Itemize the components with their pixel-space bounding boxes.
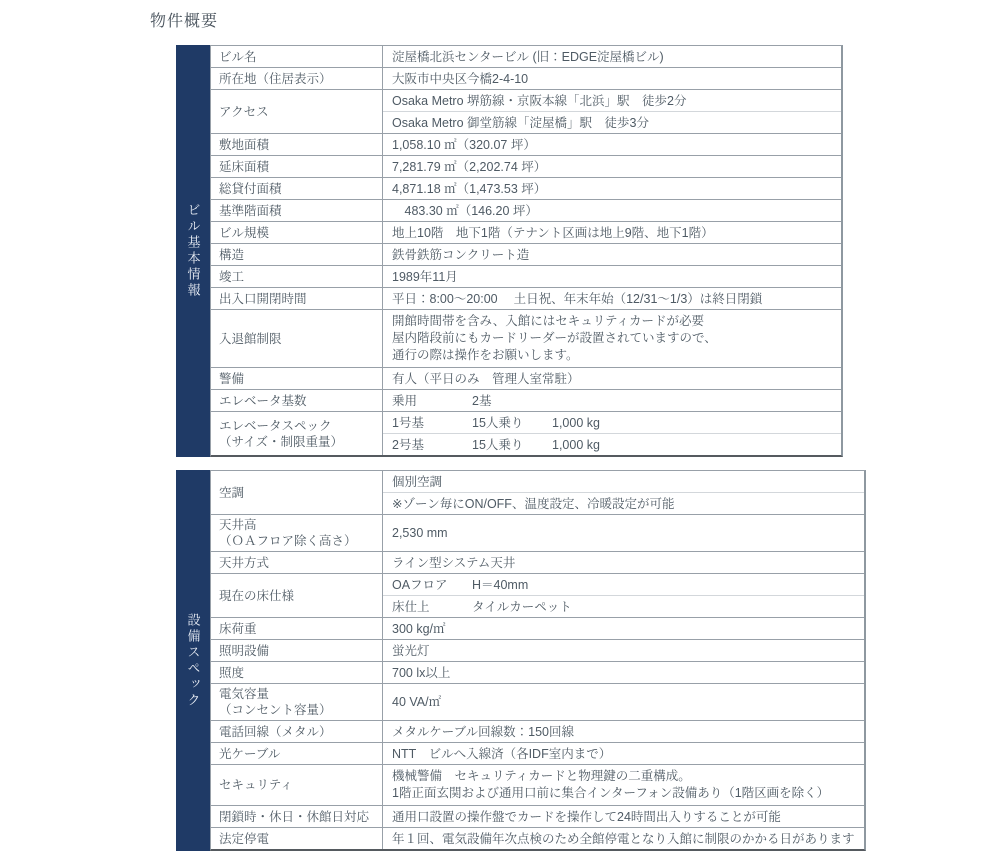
- value-segment: 1989年11月: [392, 269, 458, 285]
- table-row: 警備有人（平日のみ 管理人室常駐）: [211, 367, 841, 389]
- row-value: 開館時間帯を含み、入館にはセキュリティカードが必要屋内階段前にもカードリーダーが…: [383, 310, 841, 367]
- table-row: 出入口開閉時間平日：8:00〜20:00土日祝、年末年始（12/31〜1/3）は…: [211, 287, 841, 309]
- table-row: 光ケーブルNTT ビルへ入線済（各IDF室内まで）: [211, 742, 864, 764]
- table-row: 床荷重300 kg/㎡: [211, 617, 864, 639]
- table-row: 閉鎖時・休日・休館日対応通用口設置の操作盤でカードを操作して24時間出入りするこ…: [211, 805, 864, 827]
- value-line: 個別空調: [383, 471, 864, 492]
- row-value: 300 kg/㎡: [383, 618, 864, 639]
- table-row: エレベータスペック（サイズ・制限重量）1号基15人乗り1,000 kg2号基15…: [211, 411, 841, 455]
- table-row: 延床面積7,281.79 ㎡（2,202.74 坪）: [211, 155, 841, 177]
- row-label: 閉鎖時・休日・休館日対応: [211, 806, 383, 827]
- value-segment: 有人（平日のみ 管理人室常駐）: [392, 371, 580, 387]
- building-basic-info-table: ビル名淀屋橋北浜センタービル (旧：EDGE淀屋橋ビル)所在地（住居表示）大阪市…: [210, 45, 843, 457]
- row-value: 4,871.18 ㎡（1,473.53 坪）: [383, 178, 841, 199]
- row-label: セキュリティ: [211, 765, 383, 805]
- value-segment: 屋内階段前にもカードリーダーが設置されていますので、: [392, 330, 717, 347]
- value-segment: 個別空調: [392, 474, 442, 490]
- value-segment: 機械警備 セキュリティカードと物理鍵の二重構成。: [392, 768, 691, 785]
- value-line: 蛍光灯: [383, 640, 864, 661]
- value-line: 屋内階段前にもカードリーダーが設置されていますので、: [383, 330, 841, 347]
- row-value: 蛍光灯: [383, 640, 864, 661]
- value-line: Osaka Metro 御堂筋線「淀屋橋」駅 徒歩3分: [383, 111, 841, 133]
- label-line: 延床面積: [219, 159, 374, 175]
- section-equipment-spec: 設備スペック 空調個別空調※ゾーン毎にON/OFF、温度設定、冷暖設定が可能天井…: [176, 470, 843, 851]
- value-line: 2号基15人乗り1,000 kg: [383, 433, 841, 455]
- value-segment: 7,281.79 ㎡（2,202.74 坪）: [392, 159, 546, 175]
- row-value: 1989年11月: [383, 266, 841, 287]
- label-line: 所在地（住居表示）: [219, 71, 374, 87]
- value-segment: 乗用: [392, 393, 456, 409]
- value-line: 300 kg/㎡: [383, 618, 864, 639]
- table-row: セキュリティ機械警備 セキュリティカードと物理鍵の二重構成。1階正面玄関および通…: [211, 764, 864, 805]
- table-row: エレベータ基数乗用2基: [211, 389, 841, 411]
- row-value: ライン型システム天井: [383, 552, 864, 573]
- value-segment: 蛍光灯: [392, 643, 430, 659]
- value-segment: 2号基: [392, 437, 456, 453]
- row-label: 照明設備: [211, 640, 383, 661]
- value-line: 乗用2基: [383, 390, 841, 411]
- label-line: 現在の床仕様: [219, 588, 374, 604]
- value-line: 大阪市中央区今橋2-4-10: [383, 68, 841, 89]
- value-segment: ※ゾーン毎にON/OFF、温度設定、冷暖設定が可能: [392, 496, 674, 512]
- value-line: ※ゾーン毎にON/OFF、温度設定、冷暖設定が可能: [383, 492, 864, 514]
- label-line: 構造: [219, 247, 374, 263]
- value-segment: 地上10階 地下1階（テナント区画は地上9階、地下1階）: [392, 225, 714, 241]
- label-line: 法定停電: [219, 831, 374, 847]
- label-line: 照度: [219, 665, 374, 681]
- value-segment: タイルカーペット: [472, 599, 572, 615]
- page-title: 物件概要: [150, 8, 1000, 31]
- value-segment: 大阪市中央区今橋2-4-10: [392, 71, 528, 87]
- value-segment: Osaka Metro 御堂筋線「淀屋橋」駅 徒歩3分: [392, 115, 649, 131]
- label-line: アクセス: [219, 104, 374, 120]
- table-row: 入退館制限開館時間帯を含み、入館にはセキュリティカードが必要屋内階段前にもカード…: [211, 309, 841, 367]
- value-line: 平日：8:00〜20:00土日祝、年末年始（12/31〜1/3）は終日閉鎖: [383, 288, 841, 309]
- value-line: OAフロアH＝40mm: [383, 574, 864, 595]
- row-label: 電気容量（コンセント容量）: [211, 684, 383, 720]
- value-segment: 15人乗り: [472, 437, 536, 453]
- sections-container: ビル基本情報 ビル名淀屋橋北浜センタービル (旧：EDGE淀屋橋ビル)所在地（住…: [176, 45, 843, 851]
- table-row: 空調個別空調※ゾーン毎にON/OFF、温度設定、冷暖設定が可能: [211, 471, 864, 514]
- row-value: 鉄骨鉄筋コンクリート造: [383, 244, 841, 265]
- row-value: NTT ビルへ入線済（各IDF室内まで）: [383, 743, 864, 764]
- value-line: 有人（平日のみ 管理人室常駐）: [383, 368, 841, 389]
- table-row: 電話回線（メタル）メタルケーブル回線数：150回線: [211, 720, 864, 742]
- value-segment: 平日：8:00〜20:00: [392, 291, 498, 307]
- value-line: 700 lx以上: [383, 662, 864, 683]
- table-row: 法定停電年１回、電気設備年次点検のため全館停電となり入館に制限のかかる日がありま…: [211, 827, 864, 849]
- label-line: エレベータ基数: [219, 393, 374, 409]
- table-row: 照明設備蛍光灯: [211, 639, 864, 661]
- value-segment: 通用口設置の操作盤でカードを操作して24時間出入りすることが可能: [392, 809, 781, 825]
- value-line: ライン型システム天井: [383, 552, 864, 573]
- row-value: 1号基15人乗り1,000 kg2号基15人乗り1,000 kg: [383, 412, 841, 455]
- value-line: 1階正面玄関および通用口前に集合インターフォン設備あり（1階区画を除く）: [383, 785, 864, 802]
- row-value: 淀屋橋北浜センタービル (旧：EDGE淀屋橋ビル): [383, 46, 841, 67]
- value-line: 地上10階 地下1階（テナント区画は地上9階、地下1階）: [383, 222, 841, 243]
- value-line: 淀屋橋北浜センタービル (旧：EDGE淀屋橋ビル): [383, 46, 841, 67]
- table-row: 敷地面積1,058.10 ㎡（320.07 坪）: [211, 133, 841, 155]
- label-line: 照明設備: [219, 643, 374, 659]
- label-line: ビル名: [219, 49, 374, 65]
- value-line: 開館時間帯を含み、入館にはセキュリティカードが必要: [383, 313, 841, 330]
- value-line: 483.30 ㎡（146.20 坪）: [383, 200, 841, 221]
- row-label: ビル規模: [211, 222, 383, 243]
- value-segment: 1号基: [392, 415, 456, 431]
- label-line: 基準階面積: [219, 203, 374, 219]
- value-segment: 4,871.18 ㎡（1,473.53 坪）: [392, 181, 546, 197]
- row-label: 電話回線（メタル）: [211, 721, 383, 742]
- value-line: 年１回、電気設備年次点検のため全館停電となり入館に制限のかかる日があります: [383, 828, 864, 849]
- row-label: 床荷重: [211, 618, 383, 639]
- value-segment: H＝40mm: [472, 577, 528, 593]
- value-segment: 40 VA/㎡: [392, 694, 441, 710]
- label-line: 出入口開閉時間: [219, 291, 374, 307]
- label-line: （コンセント容量）: [219, 702, 374, 718]
- row-value: 7,281.79 ㎡（2,202.74 坪）: [383, 156, 841, 177]
- value-segment: 15人乗り: [472, 415, 536, 431]
- value-segment: Osaka Metro 堺筋線・京阪本線「北浜」駅 徒歩2分: [392, 93, 686, 109]
- value-segment: 鉄骨鉄筋コンクリート造: [392, 247, 529, 263]
- section-sidebar-label: ビル基本情報: [176, 45, 210, 457]
- row-value: 700 lx以上: [383, 662, 864, 683]
- row-value: 機械警備 セキュリティカードと物理鍵の二重構成。1階正面玄関および通用口前に集合…: [383, 765, 864, 805]
- value-segment: 2,530 mm: [392, 525, 448, 541]
- label-line: 電気容量: [219, 686, 374, 702]
- value-line: 1,058.10 ㎡（320.07 坪）: [383, 134, 841, 155]
- row-value: Osaka Metro 堺筋線・京阪本線「北浜」駅 徒歩2分Osaka Metr…: [383, 90, 841, 133]
- table-row: 総貸付面積4,871.18 ㎡（1,473.53 坪）: [211, 177, 841, 199]
- table-row: 天井高（ＯＡフロア除く高さ）2,530 mm: [211, 514, 864, 551]
- value-segment: 1,000 kg: [552, 437, 600, 453]
- table-row: ビル名淀屋橋北浜センタービル (旧：EDGE淀屋橋ビル): [211, 46, 841, 67]
- label-line: 天井方式: [219, 555, 374, 571]
- label-line: 閉鎖時・休日・休館日対応: [219, 809, 374, 825]
- value-segment: 通行の際は操作をお願いします。: [392, 347, 579, 364]
- row-label: 敷地面積: [211, 134, 383, 155]
- row-value: 乗用2基: [383, 390, 841, 411]
- row-label: エレベータ基数: [211, 390, 383, 411]
- row-label: 法定停電: [211, 828, 383, 849]
- table-row: 基準階面積 483.30 ㎡（146.20 坪）: [211, 199, 841, 221]
- row-value: 483.30 ㎡（146.20 坪）: [383, 200, 841, 221]
- row-label: 光ケーブル: [211, 743, 383, 764]
- row-value: OAフロアH＝40mm床仕上タイルカーペット: [383, 574, 864, 617]
- row-label: 構造: [211, 244, 383, 265]
- label-line: 電話回線（メタル）: [219, 724, 374, 740]
- section-sidebar-label: 設備スペック: [176, 470, 210, 851]
- value-segment: 土日祝、年末年始（12/31〜1/3）は終日閉鎖: [514, 291, 763, 307]
- row-value: 2,530 mm: [383, 515, 864, 551]
- row-value: 大阪市中央区今橋2-4-10: [383, 68, 841, 89]
- row-value: メタルケーブル回線数：150回線: [383, 721, 864, 742]
- row-label: 基準階面積: [211, 200, 383, 221]
- value-segment: 300 kg/㎡: [392, 621, 446, 637]
- value-segment: 483.30 ㎡（146.20 坪）: [392, 203, 538, 219]
- value-segment: 淀屋橋北浜センタービル (旧：EDGE淀屋橋ビル): [392, 49, 664, 65]
- value-segment: 1階正面玄関および通用口前に集合インターフォン設備あり（1階区画を除く）: [392, 785, 829, 802]
- row-label: ビル名: [211, 46, 383, 67]
- label-line: ビル規模: [219, 225, 374, 241]
- row-value: 1,058.10 ㎡（320.07 坪）: [383, 134, 841, 155]
- label-line: 竣工: [219, 269, 374, 285]
- row-value: 平日：8:00〜20:00土日祝、年末年始（12/31〜1/3）は終日閉鎖: [383, 288, 841, 309]
- row-value: 地上10階 地下1階（テナント区画は地上9階、地下1階）: [383, 222, 841, 243]
- value-line: NTT ビルへ入線済（各IDF室内まで）: [383, 743, 864, 764]
- value-segment: 2基: [472, 393, 491, 409]
- equipment-spec-table: 空調個別空調※ゾーン毎にON/OFF、温度設定、冷暖設定が可能天井高（ＯＡフロア…: [210, 470, 866, 851]
- table-row: 構造鉄骨鉄筋コンクリート造: [211, 243, 841, 265]
- table-row: ビル規模地上10階 地下1階（テナント区画は地上9階、地下1階）: [211, 221, 841, 243]
- row-value: 通用口設置の操作盤でカードを操作して24時間出入りすることが可能: [383, 806, 864, 827]
- row-label: 空調: [211, 471, 383, 514]
- table-row: 照度700 lx以上: [211, 661, 864, 683]
- row-label: 天井方式: [211, 552, 383, 573]
- value-line: 2,530 mm: [383, 523, 864, 544]
- row-label: 警備: [211, 368, 383, 389]
- row-label: 延床面積: [211, 156, 383, 177]
- row-label: 入退館制限: [211, 310, 383, 367]
- row-value: 個別空調※ゾーン毎にON/OFF、温度設定、冷暖設定が可能: [383, 471, 864, 514]
- table-row: 所在地（住居表示）大阪市中央区今橋2-4-10: [211, 67, 841, 89]
- row-value: 有人（平日のみ 管理人室常駐）: [383, 368, 841, 389]
- value-segment: 700 lx以上: [392, 665, 450, 681]
- row-label: 出入口開閉時間: [211, 288, 383, 309]
- label-line: （ＯＡフロア除く高さ）: [219, 533, 374, 549]
- row-label: 天井高（ＯＡフロア除く高さ）: [211, 515, 383, 551]
- label-line: 光ケーブル: [219, 746, 374, 762]
- label-line: 総貸付面積: [219, 181, 374, 197]
- value-line: Osaka Metro 堺筋線・京阪本線「北浜」駅 徒歩2分: [383, 90, 841, 111]
- value-segment: メタルケーブル回線数：150回線: [392, 724, 574, 740]
- row-label: 現在の床仕様: [211, 574, 383, 617]
- row-value: 年１回、電気設備年次点検のため全館停電となり入館に制限のかかる日があります: [383, 828, 864, 849]
- row-label: 照度: [211, 662, 383, 683]
- value-segment: 床仕上: [392, 599, 456, 615]
- row-label: アクセス: [211, 90, 383, 133]
- row-value: 40 VA/㎡: [383, 684, 864, 720]
- value-line: 床仕上タイルカーペット: [383, 595, 864, 617]
- value-segment: OAフロア: [392, 577, 456, 593]
- label-line: 空調: [219, 485, 374, 501]
- value-segment: 年１回、電気設備年次点検のため全館停電となり入館に制限のかかる日があります: [392, 831, 855, 847]
- row-label: エレベータスペック（サイズ・制限重量）: [211, 412, 383, 455]
- value-line: 40 VA/㎡: [383, 692, 864, 713]
- label-line: 入退館制限: [219, 331, 374, 347]
- value-segment: ライン型システム天井: [392, 555, 515, 571]
- value-line: 1989年11月: [383, 266, 841, 287]
- table-row: 竣工1989年11月: [211, 265, 841, 287]
- row-label: 総貸付面積: [211, 178, 383, 199]
- value-line: 機械警備 セキュリティカードと物理鍵の二重構成。: [383, 768, 864, 785]
- value-segment: 開館時間帯を含み、入館にはセキュリティカードが必要: [392, 313, 704, 330]
- value-segment: NTT ビルへ入線済（各IDF室内まで）: [392, 746, 611, 762]
- section-building-basic-info: ビル基本情報 ビル名淀屋橋北浜センタービル (旧：EDGE淀屋橋ビル)所在地（住…: [176, 45, 843, 457]
- property-overview-page: 物件概要 ビル基本情報 ビル名淀屋橋北浜センタービル (旧：EDGE淀屋橋ビル)…: [0, 0, 1000, 851]
- value-line: 通用口設置の操作盤でカードを操作して24時間出入りすることが可能: [383, 806, 864, 827]
- value-line: 1号基15人乗り1,000 kg: [383, 412, 841, 433]
- label-line: エレベータスペック: [219, 418, 374, 434]
- table-row: 天井方式ライン型システム天井: [211, 551, 864, 573]
- value-line: 4,871.18 ㎡（1,473.53 坪）: [383, 178, 841, 199]
- row-label: 所在地（住居表示）: [211, 68, 383, 89]
- value-line: 7,281.79 ㎡（2,202.74 坪）: [383, 156, 841, 177]
- label-line: セキュリティ: [219, 777, 374, 793]
- table-row: アクセスOsaka Metro 堺筋線・京阪本線「北浜」駅 徒歩2分Osaka …: [211, 89, 841, 133]
- value-line: 鉄骨鉄筋コンクリート造: [383, 244, 841, 265]
- table-row: 現在の床仕様OAフロアH＝40mm床仕上タイルカーペット: [211, 573, 864, 617]
- value-line: 通行の際は操作をお願いします。: [383, 347, 841, 364]
- row-label: 竣工: [211, 266, 383, 287]
- value-line: メタルケーブル回線数：150回線: [383, 721, 864, 742]
- label-line: 敷地面積: [219, 137, 374, 153]
- label-line: （サイズ・制限重量）: [219, 434, 374, 450]
- value-segment: 1,058.10 ㎡（320.07 坪）: [392, 137, 536, 153]
- value-segment: 1,000 kg: [552, 415, 600, 431]
- label-line: 天井高: [219, 517, 374, 533]
- label-line: 警備: [219, 371, 374, 387]
- label-line: 床荷重: [219, 621, 374, 637]
- table-row: 電気容量（コンセント容量）40 VA/㎡: [211, 683, 864, 720]
